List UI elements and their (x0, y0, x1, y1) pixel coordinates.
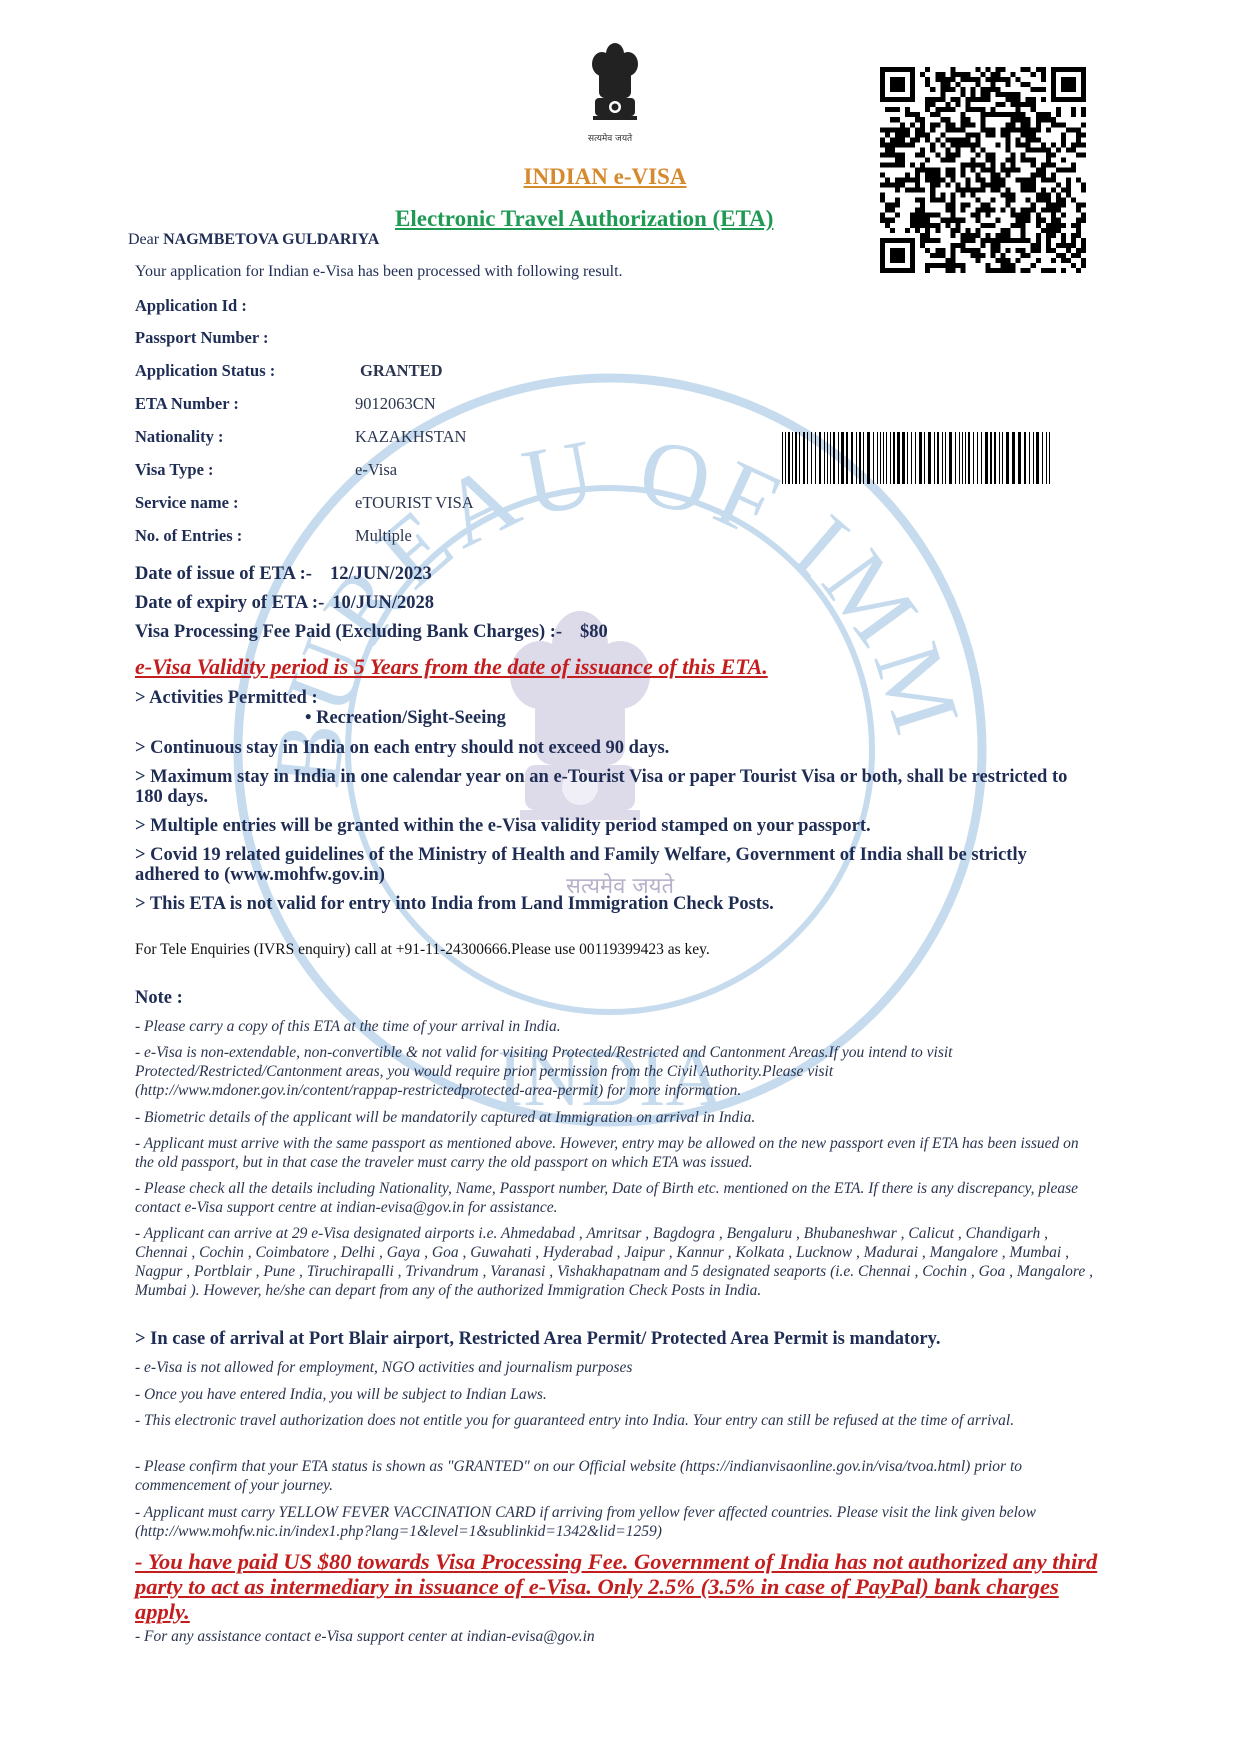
issue-date-line: Date of issue of ETA :-12/JUN/2023 (135, 564, 432, 585)
intro-text: Your application for Indian e-Visa has b… (135, 263, 623, 281)
applicant-name: NAGMBETOVA GULDARIYA (163, 231, 379, 248)
note-item: - Applicant can arrive at 29 e-Visa desi… (135, 1224, 1100, 1300)
field-value-visa-type: e-Visa (355, 460, 397, 480)
field-label-visa-type: Visa Type : (135, 460, 214, 480)
payment-warning: - You have paid US $80 towards Visa Proc… (135, 1549, 1115, 1624)
barcode (782, 432, 1052, 484)
field-label-service-name: Service name : (135, 493, 239, 513)
field-value-nationality: KAZAKHSTAN (355, 427, 466, 447)
field-label-eta-number: ETA Number : (135, 394, 239, 414)
document-subtitle: Electronic Travel Authorization (ETA) (395, 206, 773, 232)
field-value-entries: Multiple (355, 526, 412, 546)
field-value-eta-number: 9012063CN (355, 394, 436, 414)
expiry-date-value: 10/JUN/2028 (332, 593, 434, 613)
port-blair-notice: > In case of arrival at Port Blair airpo… (135, 1329, 940, 1350)
activity-item: • Recreation/Sight-Seeing (305, 708, 1240, 728)
fee-label: Visa Processing Fee Paid (Excluding Bank… (135, 622, 562, 642)
note-item: - e-Visa is non-extendable, non-converti… (135, 1043, 1100, 1100)
condition-item: > This ETA is not valid for entry into I… (135, 894, 1095, 914)
note-item: - Applicant must carry YELLOW FEVER VACC… (135, 1503, 1100, 1541)
field-label-application-status: Application Status : (135, 361, 275, 381)
national-emblem-icon (585, 40, 645, 135)
field-label-passport-number: Passport Number : (135, 328, 269, 348)
fee-value: $80 (580, 622, 608, 642)
expiry-date-label: Date of expiry of ETA :- (135, 593, 324, 613)
activities-label: > Activities Permitted : (135, 688, 1095, 708)
assistance-note: - For any assistance contact e-Visa supp… (135, 1627, 1100, 1646)
note-item: - Biometric details of the applicant wil… (135, 1108, 1100, 1127)
emblem-caption: सत्यमेव जयते (588, 131, 632, 144)
field-value-service-name: eTOURIST VISA (355, 493, 474, 513)
note-item: - Please carry a copy of this ETA at the… (135, 1017, 1100, 1036)
note-item: - Once you have entered India, you will … (135, 1385, 1100, 1404)
expiry-date-line: Date of expiry of ETA :-10/JUN/2028 (135, 593, 434, 614)
note-heading: Note : (135, 988, 183, 1009)
note-item: - This electronic travel authorization d… (135, 1411, 1100, 1430)
issue-date-label: Date of issue of ETA :- (135, 564, 312, 584)
qr-code (880, 67, 1086, 273)
issue-date-value: 12/JUN/2023 (330, 564, 432, 584)
note-item: - Please check all the details including… (135, 1179, 1100, 1217)
field-label-application-id: Application Id : (135, 296, 247, 316)
condition-item: > Maximum stay in India in one calendar … (135, 767, 1095, 807)
field-label-nationality: Nationality : (135, 427, 223, 447)
condition-item: > Multiple entries will be granted withi… (135, 816, 1095, 836)
greeting: Dear NAGMBETOVA GULDARIYA (128, 231, 379, 249)
validity-notice: e-Visa Validity period is 5 Years from t… (135, 654, 768, 680)
note-item: - e-Visa is not allowed for employment, … (135, 1358, 1100, 1377)
status-badge: GRANTED (360, 361, 443, 381)
condition-item: > Covid 19 related guidelines of the Min… (135, 845, 1095, 885)
note-item: - Please confirm that your ETA status is… (135, 1457, 1100, 1495)
note-item: - Applicant must arrive with the same pa… (135, 1134, 1100, 1172)
tele-enquiry: For Tele Enquiries (IVRS enquiry) call a… (135, 941, 710, 959)
field-label-entries: No. of Entries : (135, 526, 242, 546)
fee-line: Visa Processing Fee Paid (Excluding Bank… (135, 622, 608, 643)
greeting-prefix: Dear (128, 231, 159, 248)
condition-item: > Continuous stay in India on each entry… (135, 738, 1095, 758)
